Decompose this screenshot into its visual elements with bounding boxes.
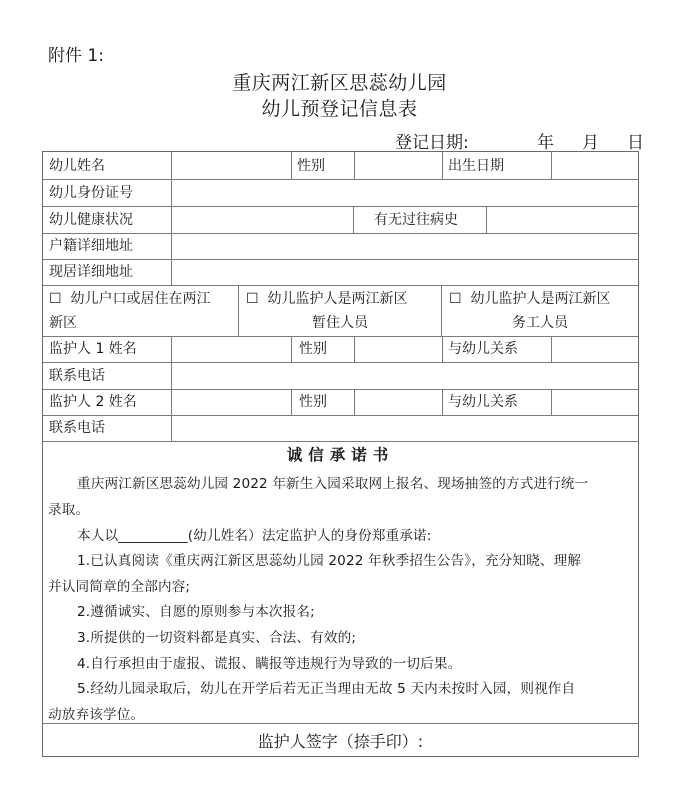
day-label: 日 (627, 128, 644, 153)
guardian2-gender-field[interactable] (356, 389, 441, 415)
col-divider (354, 389, 355, 415)
checkbox-label-cont: 新区 (49, 310, 77, 336)
checkbox-label: 幼儿监护人是两江新区 (470, 291, 610, 307)
col-divider (551, 389, 552, 415)
checkbox-icon[interactable]: ☐ (49, 291, 62, 307)
guardian2-relation-label: 与幼儿关系 (448, 389, 518, 415)
checkbox-option-temp-resident[interactable]: ☐ 幼儿监护人是两江新区 (246, 286, 407, 312)
pledge-line: 5.经幼儿园录取后，幼儿在开学后若无正当理由无故 5 天内未按时入园，则视作自 (77, 677, 575, 697)
col-divider (486, 206, 487, 233)
col-divider (291, 152, 292, 179)
col-divider (442, 389, 443, 415)
registration-form-table: 幼儿姓名 性别 出生日期 幼儿身份证号 幼儿健康状况 有无过往病史 户籍详细地址… (42, 151, 639, 757)
child-gender-label: 性别 (297, 153, 325, 179)
attachment-label: 附件 1: (48, 41, 104, 66)
guardian1-name-label: 监护人 1 姓名 (49, 336, 137, 362)
checkbox-label: 幼儿监护人是两江新区 (267, 291, 407, 307)
birth-date-label: 出生日期 (448, 153, 504, 179)
guardian2-relation-field[interactable] (553, 389, 637, 415)
child-gender-field[interactable] (356, 153, 441, 179)
pledge-line: 3.所提供的一切资料都是真实、合法、有效的; (77, 626, 356, 646)
guardian2-phone-field[interactable] (173, 415, 637, 441)
child-name-label: 幼儿姓名 (49, 153, 105, 179)
col-divider (291, 336, 292, 362)
guardian1-gender-field[interactable] (356, 336, 441, 362)
guardian1-relation-field[interactable] (553, 336, 637, 362)
pledge-line: 1.已认真阅读《重庆两江新区思蕊幼儿园 2022 年秋季招生公告》，充分知晓、理… (77, 549, 581, 569)
pledge-line: 4.自行承担由于虚报、谎报、瞒报等违规行为导致的一切后果。 (77, 652, 461, 672)
pledge-line: 重庆两江新区思蕊幼儿园 2022 年新生入园采取网上报名、现场抽签的方式进行统一 (77, 472, 588, 492)
year-label: 年 (537, 128, 554, 153)
guardian1-name-field[interactable] (173, 336, 290, 362)
household-address-field[interactable] (173, 233, 637, 259)
col-divider (171, 336, 172, 441)
col-divider (171, 152, 172, 285)
guardian2-name-label: 监护人 2 姓名 (49, 389, 137, 415)
health-label: 幼儿健康状况 (49, 207, 133, 233)
col-divider (354, 152, 355, 179)
medical-history-label: 有无过往病史 (374, 207, 458, 233)
medical-history-field[interactable] (488, 207, 637, 233)
col-divider (353, 206, 354, 233)
row-divider (43, 723, 638, 724)
pledge-line: 并认同简章的全部内容; (48, 575, 190, 595)
col-divider (354, 336, 355, 362)
guardian1-relation-label: 与幼儿关系 (448, 336, 518, 362)
registration-date-label: 登记日期: (395, 128, 469, 153)
guardian2-gender-label: 性别 (299, 389, 327, 415)
row-divider (43, 441, 638, 442)
guardian1-gender-label: 性别 (299, 336, 327, 362)
col-divider (442, 336, 443, 362)
col-divider (551, 336, 552, 362)
child-name-field[interactable] (173, 153, 290, 179)
pledge-line: 2.遵循诚实、自愿的原则参与本次报名; (77, 600, 315, 620)
household-address-label: 户籍详细地址 (49, 233, 133, 259)
document-subtitle: 幼儿预登记信息表 (0, 94, 679, 121)
pledge-title: 诚信承诺书 (43, 443, 638, 465)
checkbox-label-cont: 暂住人员 (239, 310, 441, 336)
child-id-field[interactable] (173, 180, 637, 206)
month-label: 月 (582, 128, 599, 153)
checkbox-icon[interactable]: ☐ (246, 291, 259, 307)
document-title: 重庆两江新区思蕊幼儿园 (0, 68, 679, 95)
guardian-signature-field[interactable]: 监护人签字（捺手印）: (43, 727, 638, 757)
checkbox-option-hukou[interactable]: ☐ 幼儿户口或居住在两江 (49, 286, 210, 312)
guardian1-phone-label: 联系电话 (49, 363, 105, 389)
col-divider (551, 152, 552, 179)
pledge-line: 录取。 (48, 498, 89, 518)
birth-date-field[interactable] (553, 153, 637, 179)
health-field[interactable] (173, 207, 351, 233)
pledge-line: 动放弃该学位。 (48, 703, 144, 723)
pledge-line: 本人以__________(幼儿姓名）法定监护人的身份郑重承诺: (77, 524, 432, 544)
col-divider (291, 389, 292, 415)
guardian2-name-field[interactable] (173, 389, 290, 415)
checkbox-label: 幼儿户口或居住在两江 (70, 291, 210, 307)
checkbox-option-migrant-worker[interactable]: ☐ 幼儿监护人是两江新区 (449, 286, 610, 312)
checkbox-icon[interactable]: ☐ (449, 291, 462, 307)
residence-address-field[interactable] (173, 259, 637, 285)
residence-address-label: 现居详细地址 (49, 259, 133, 285)
guardian1-phone-field[interactable] (173, 363, 637, 389)
guardian2-phone-label: 联系电话 (49, 415, 105, 441)
child-id-label: 幼儿身份证号 (49, 180, 133, 206)
checkbox-label-cont: 务工人员 (442, 310, 638, 336)
col-divider (442, 152, 443, 179)
